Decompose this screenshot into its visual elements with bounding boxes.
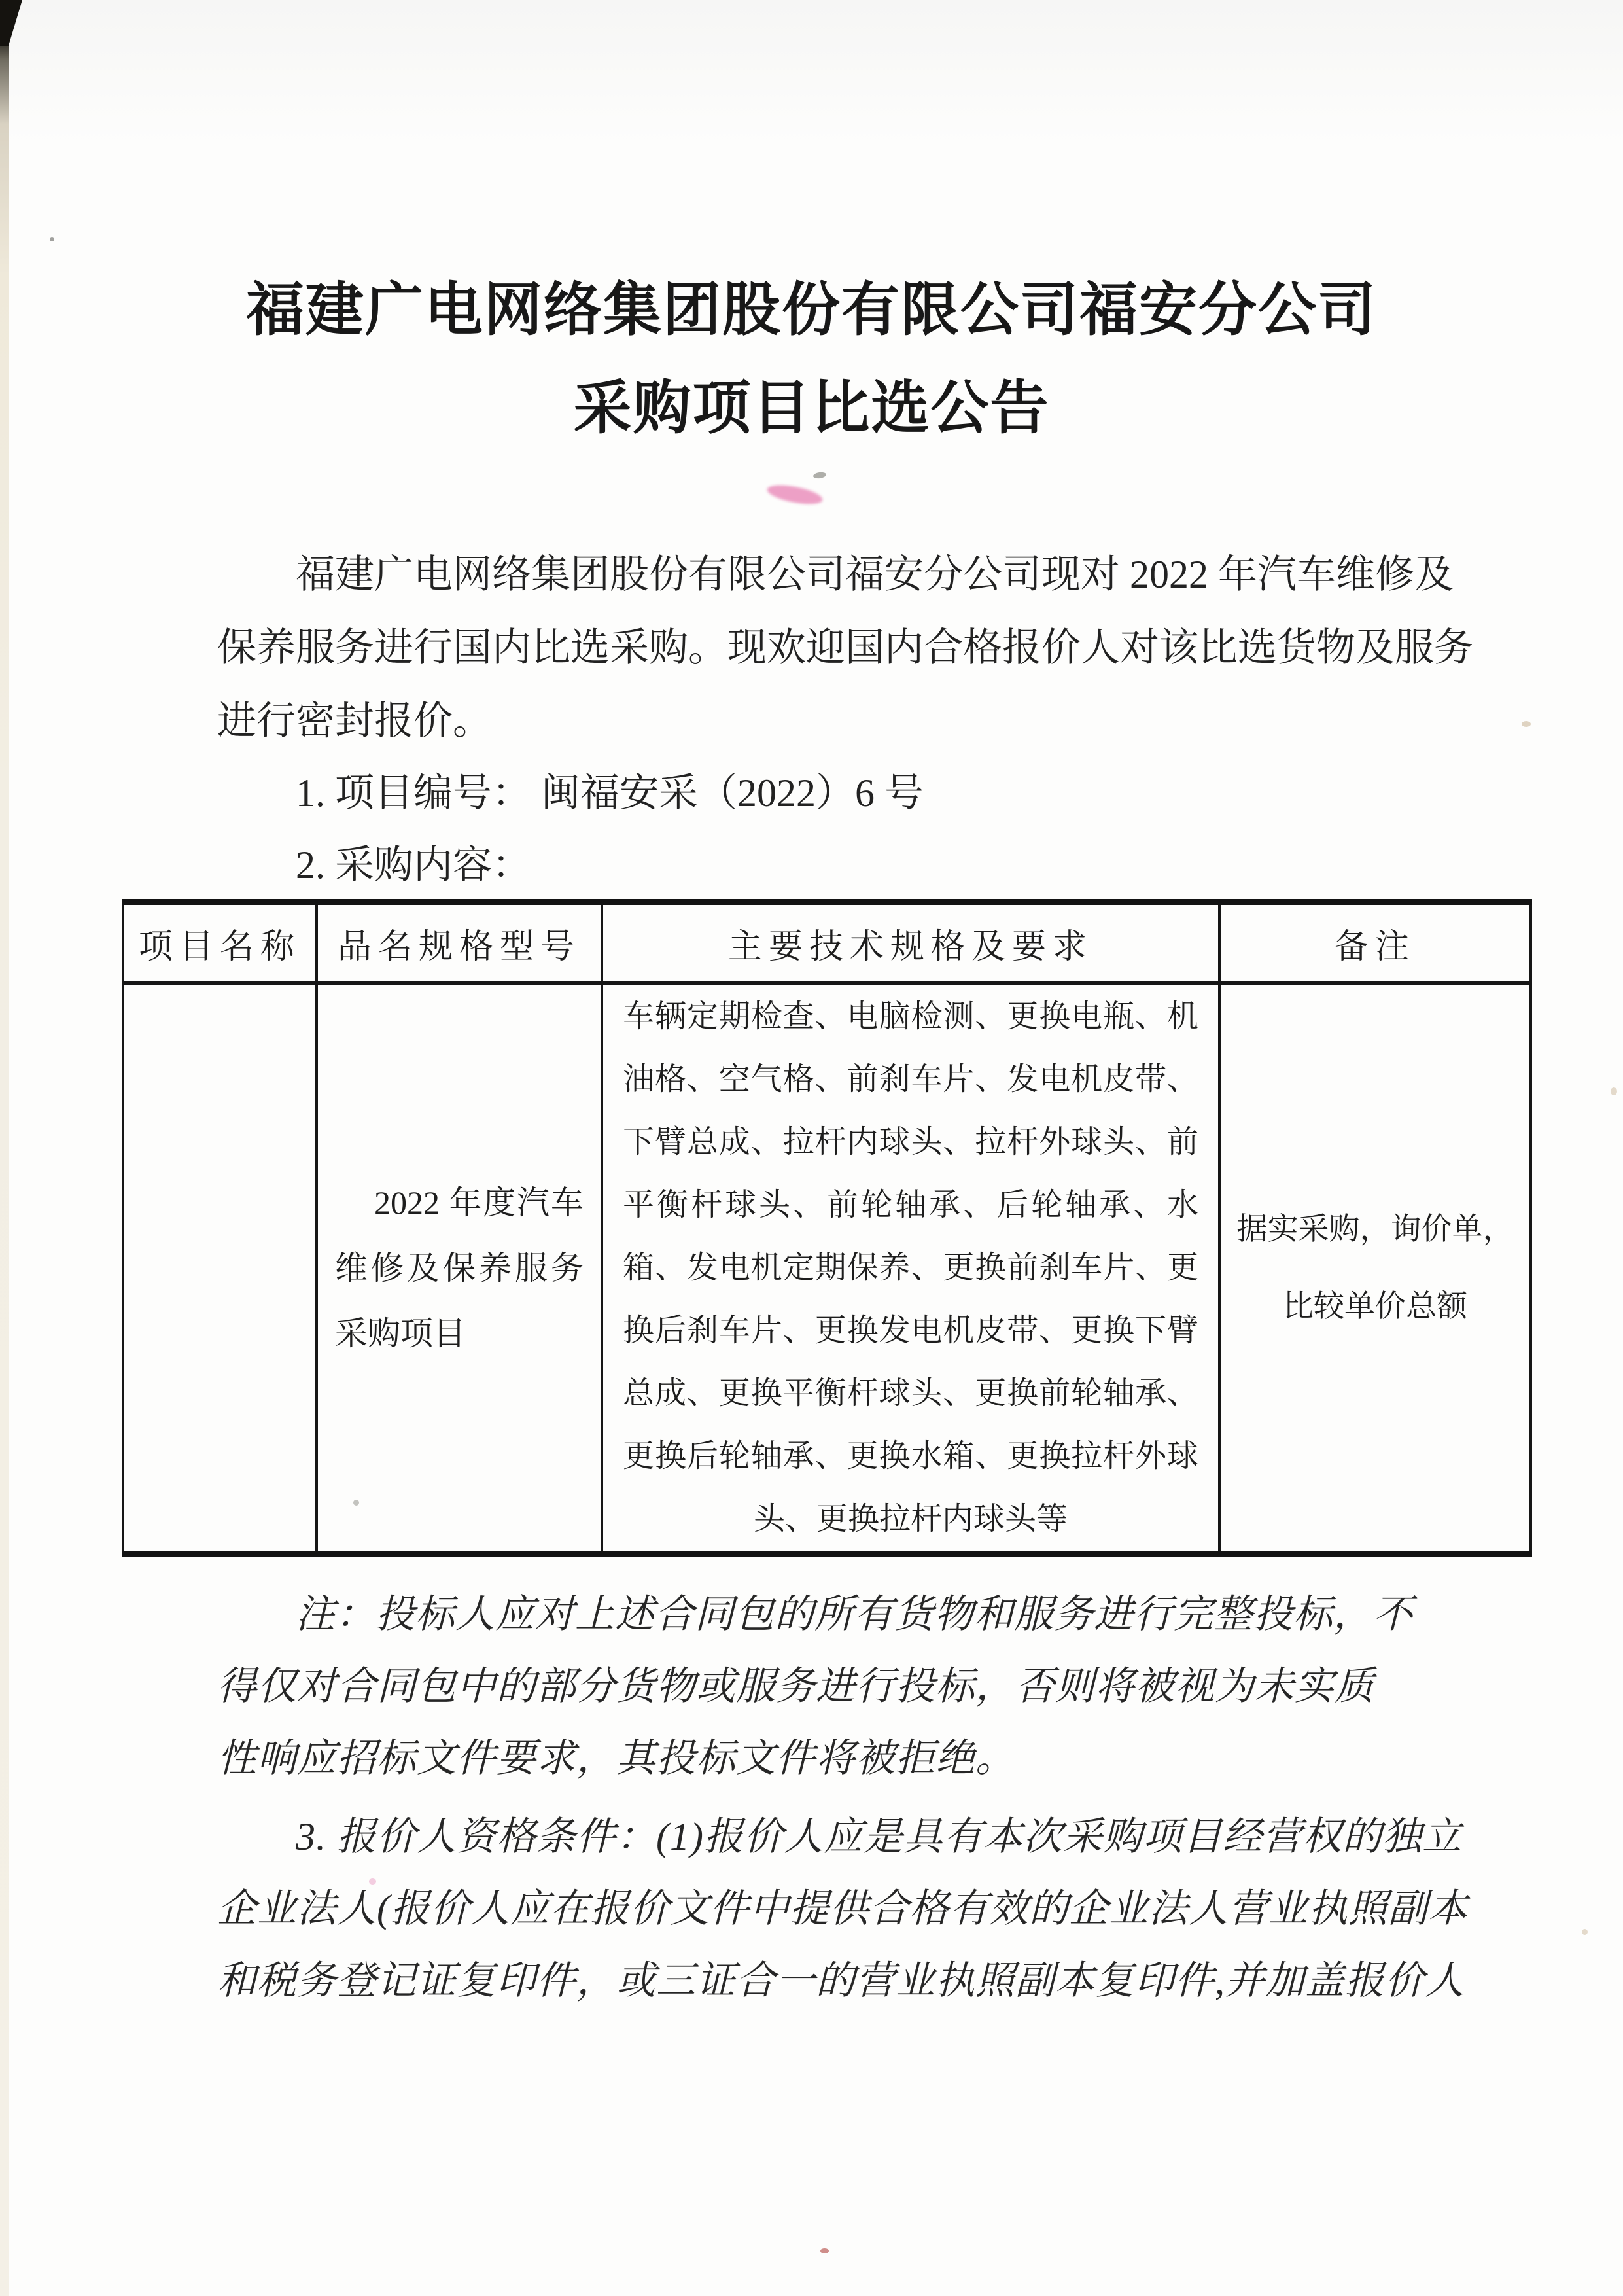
procurement-content-text: 2. 采购内容：	[217, 828, 1460, 902]
intro-paragraph: 福建广电网络集团股份有限公司福安分公司现对 2022 年汽车维修及 保养服务进行…	[217, 538, 1460, 758]
intro-line-1: 福建广电网络集团股份有限公司福安分公司现对 2022 年汽车维修及	[217, 538, 1460, 611]
header-project-name: 项目名称	[123, 902, 317, 983]
project-number-text: 1. 项目编号： 闽福安采（2022）6 号	[217, 756, 1460, 830]
note-line-1: 注：投标人应对上述合同包的所有货物和服务进行完整投标，不	[217, 1578, 1460, 1650]
intro-line-3: 进行密封报价。	[217, 684, 1460, 758]
header-tech-requirements: 主要技术规格及要求	[602, 902, 1219, 983]
procurement-table: 项目名称 品名规格型号 主要技术规格及要求 备注 2022 年度汽车维修及保养服…	[122, 899, 1532, 1557]
qualification-paragraph: 3. 报价人资格条件：(1)报价人应是具有本次采购项目经营权的独立 企业法人(报…	[217, 1801, 1460, 2017]
cell-tech-requirements: 车辆定期检查、电脑检测、更换电瓶、机油格、空气格、前刹车片、发电机皮带、下臂总成…	[602, 983, 1219, 1554]
title-line-1: 福建广电网络集团股份有限公司福安分公司	[0, 262, 1623, 360]
note-line-2: 得仅对合同包中的部分货物或服务进行投标，否则将被视为未实质	[217, 1650, 1460, 1722]
table-data-row: 2022 年度汽车维修及保养服务采购项目 车辆定期检查、电脑检测、更换电瓶、机油…	[123, 983, 1531, 1554]
item-procurement-content: 2. 采购内容：	[217, 828, 1460, 902]
pink-speck-2	[820, 2248, 829, 2253]
cell-project-name	[123, 983, 317, 1554]
cell-spec-model: 2022 年度汽车维修及保养服务采购项目	[317, 983, 602, 1554]
table-header-row: 项目名称 品名规格型号 主要技术规格及要求 备注	[123, 902, 1531, 983]
scan-corner-blot	[0, 0, 22, 46]
pink-smudge-mark	[766, 482, 824, 508]
header-spec-model: 品名规格型号	[317, 902, 602, 983]
paper-speck-2	[1611, 1087, 1617, 1095]
paper-speck-1	[1522, 721, 1531, 727]
spec-model-text: 2022 年度汽车维修及保养服务采购项目	[335, 1170, 584, 1366]
note-line-3: 性响应招标文件要求，其投标文件将被拒绝。	[217, 1722, 1460, 1794]
header-remark: 备注	[1219, 902, 1531, 983]
qualification-line-2: 企业法人(报价人应在报价文件中提供合格有效的企业法人营业执照副本	[217, 1873, 1460, 1945]
item-project-number: 1. 项目编号： 闽福安采（2022）6 号	[217, 756, 1460, 830]
paper-speck-3	[1582, 1929, 1588, 1935]
cell-remark: 据实采购，询价单，比较单价总额	[1219, 983, 1531, 1554]
qualification-line-3: 和税务登记证复印件，或三证合一的营业执照副本复印件,并加盖报价人	[217, 1945, 1460, 2017]
intro-line-2: 保养服务进行国内比选采购。现欢迎国内合格报价人对该比选货物及服务	[217, 611, 1460, 684]
qualification-line-1: 3. 报价人资格条件：(1)报价人应是具有本次采购项目经营权的独立	[217, 1801, 1460, 1873]
scanned-page: 福建广电网络集团股份有限公司福安分公司 采购项目比选公告 福建广电网络集团股份有…	[0, 0, 1623, 2296]
grey-smudge-mark	[812, 472, 826, 480]
grey-speck-1	[50, 237, 54, 241]
title-line-2: 采购项目比选公告	[0, 360, 1623, 458]
note-paragraph: 注：投标人应对上述合同包的所有货物和服务进行完整投标，不 得仅对合同包中的部分货…	[217, 1578, 1460, 1794]
document-title: 福建广电网络集团股份有限公司福安分公司 采购项目比选公告	[0, 262, 1623, 458]
